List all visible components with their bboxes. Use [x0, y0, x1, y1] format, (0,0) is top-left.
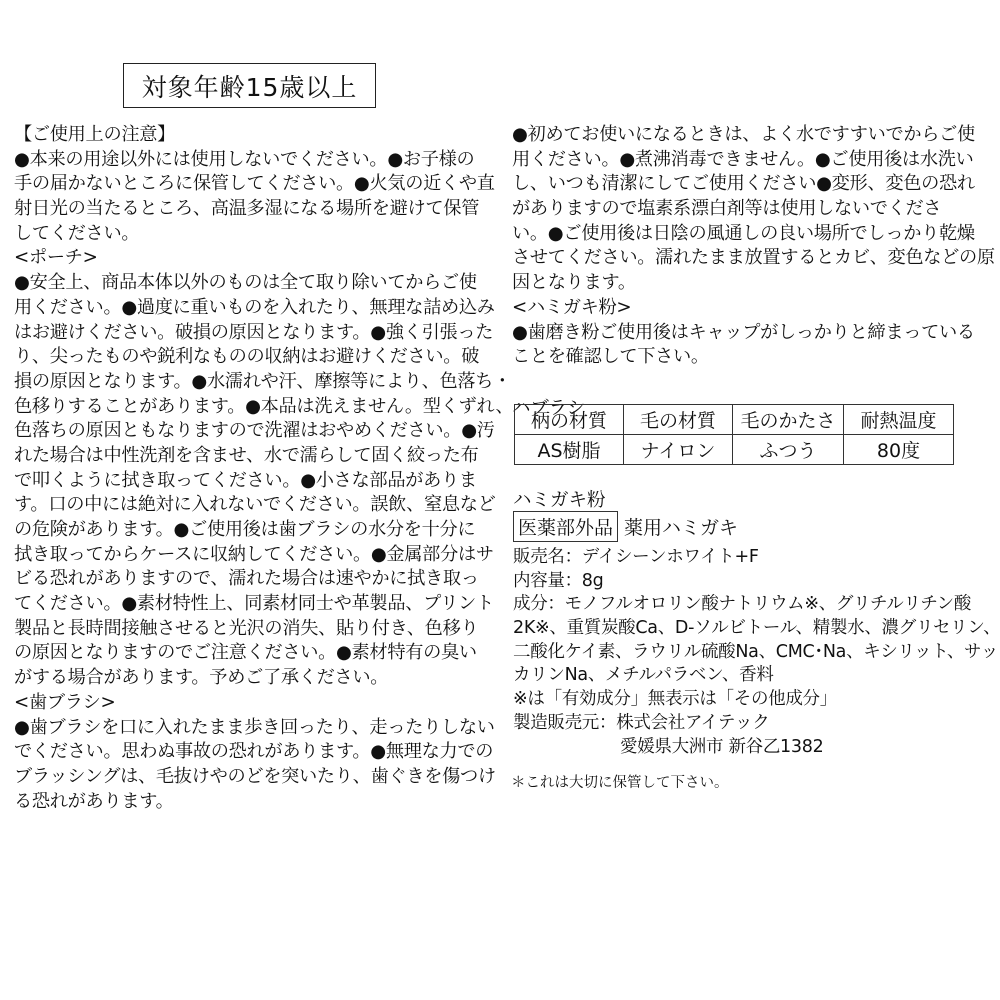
toothbrush-subheading: <歯ブラシ>	[14, 691, 492, 716]
manufacturer-address: 愛媛県大洲市 新谷乙1382	[513, 736, 1000, 760]
caution-line: 損の原因となります。●水濡れや汗、摩擦等により、色落ち・	[14, 370, 492, 395]
care-instructions-column: ●初めてお使いになるときは、よく水ですすいでからご使 用ください。●煮沸消毒でき…	[512, 123, 990, 423]
table-row: AS樹脂 ナイロン ふつう 80度	[515, 435, 954, 465]
caution-line: はお避けください。破損の原因となります。●強く引張った	[14, 321, 492, 346]
caution-line: の原因となりますのでご注意ください。●素材特有の臭い	[14, 641, 492, 666]
table-header-cell: 毛の材質	[624, 405, 733, 435]
pouch-subheading: <ポーチ>	[14, 246, 492, 271]
caution-line: 色移りすることがあります。●本品は洗えません。型くずれ、	[14, 395, 492, 420]
caution-line: でください。思わぬ事故の恐れがあります。●無理な力での	[14, 740, 492, 765]
caution-line: 製品と長時間接触させると光沢の消失、貼り付き、色移り	[14, 617, 492, 642]
info-line: 成分：モノフルオロリン酸ナトリウム※、グリチルリチン酸	[513, 593, 1000, 617]
table-header-row: 柄の材質 毛の材質 毛のかたさ 耐熱温度	[515, 405, 954, 435]
cautions-heading: 【ご使用上の注意】	[14, 123, 492, 148]
toothpaste-info: 販売名：デイシーンホワイト+F 内容量：8g 成分：モノフルオロリン酸ナトリウム…	[513, 546, 1000, 759]
caution-line: で叩くように拭き取ってください。●小さな部品がありま	[14, 469, 492, 494]
table-cell: ナイロン	[624, 435, 733, 465]
info-line: 販売名：デイシーンホワイト+F	[513, 546, 1000, 570]
info-line: ※は「有効成分」無表示は「その他成分」	[513, 688, 1000, 712]
quasi-drug-badge: 医薬部外品	[513, 511, 618, 542]
care-line: ●初めてお使いになるときは、よく水ですすいでからご使	[512, 123, 990, 148]
table-cell: 80度	[844, 435, 954, 465]
care-line: ●歯磨き粉ご使用後はキャップがしっかりと締まっている	[512, 321, 990, 346]
caution-line: てください。●素材特性上、同素材同士や革製品、プリント	[14, 592, 492, 617]
info-line: 2K※、重質炭酸Ca、D-ソルビトール、精製水、濃グリセリン、	[513, 617, 1000, 641]
care-line: がありますので塩素系漂白剤等は使用しないでくださ	[512, 197, 990, 222]
caution-line: 拭き取ってからケースに収納してください。●金属部分はサ	[14, 543, 492, 568]
caution-line: ビる恐れがありますので、濡れた場合は速やかに拭き取っ	[14, 567, 492, 592]
caution-line: 用ください。●過度に重いものを入れたり、無理な詰め込み	[14, 296, 492, 321]
toothpaste-subheading: <ハミガキ粉>	[512, 296, 990, 321]
table-cell: AS樹脂	[515, 435, 624, 465]
care-line: い。●ご使用後は日陰の風通しの良い場所でしっかり乾燥	[512, 222, 990, 247]
caution-line: してください。	[14, 222, 492, 247]
caution-line: 色落ちの原因ともなりますので洗濯はおやめください。●汚	[14, 419, 492, 444]
caution-line: ●歯ブラシを口に入れたまま歩き回ったり、走ったりしない	[14, 716, 492, 741]
age-rating-box: 対象年齢15歳以上	[123, 63, 376, 108]
table-header-cell: 毛のかたさ	[733, 405, 844, 435]
caution-line: 手の届かないところに保管してください。●火気の近くや直	[14, 172, 492, 197]
toothbrush-spec-table: 柄の材質 毛の材質 毛のかたさ 耐熱温度 AS樹脂 ナイロン ふつう 80度	[514, 404, 954, 465]
caution-line: 射日光の当たるところ、高温多湿になる場所を避けて保管	[14, 197, 492, 222]
caution-line: ●安全上、商品本体以外のものは全て取り除いてからご使	[14, 271, 492, 296]
keep-safe-note: ＊これは大切に保管して下さい。	[511, 771, 729, 792]
caution-line: がする場合があります。予めご了承ください。	[14, 666, 492, 691]
caution-line: す。口の中には絶対に入れないでください。誤飲、窒息など	[14, 493, 492, 518]
care-line: し、いつも清潔にしてご使用ください●変形、変色の恐れ	[512, 172, 990, 197]
caution-line: の危険があります。●ご使用後は歯ブラシの水分を十分に	[14, 518, 492, 543]
info-line: 内容量：8g	[513, 570, 1000, 594]
info-line: 二酸化ケイ素、ラウリル硫酸Na、CMC･Na、キシリット、サッ	[513, 641, 1000, 665]
table-header-cell: 柄の材質	[515, 405, 624, 435]
care-line: させてください。濡れたまま放置するとカビ、変色などの原	[512, 246, 990, 271]
table-header-cell: 耐熱温度	[844, 405, 954, 435]
care-line: 因となります。	[512, 271, 990, 296]
toothpaste-section-title: ハミガキ粉	[513, 486, 606, 512]
product-type-row: 医薬部外品 薬用ハミガキ	[513, 511, 738, 542]
caution-line: る恐れがあります。	[14, 790, 492, 815]
caution-line: ブラッシングは、毛抜けやのどを突いたり、歯ぐきを傷つけ	[14, 765, 492, 790]
info-line: 製造販売元：株式会社アイテック	[513, 712, 1000, 736]
usage-cautions-column: 【ご使用上の注意】 ●本来の用途以外には使用しないでください。●お子様の 手の届…	[14, 123, 492, 814]
info-line: カリンNa、メチルパラベン、香料	[513, 664, 1000, 688]
product-type: 薬用ハミガキ	[624, 513, 738, 540]
caution-line: り、尖ったものや鋭利なものの収納はお避けください。破	[14, 345, 492, 370]
care-line: ことを確認して下さい。	[512, 345, 990, 370]
caution-line: ●本来の用途以外には使用しないでください。●お子様の	[14, 148, 492, 173]
caution-line: れた場合は中性洗剤を含ませ、水で濡らして固く絞った布	[14, 444, 492, 469]
table-cell: ふつう	[733, 435, 844, 465]
care-line: 用ください。●煮沸消毒できません。●ご使用後は水洗い	[512, 148, 990, 173]
